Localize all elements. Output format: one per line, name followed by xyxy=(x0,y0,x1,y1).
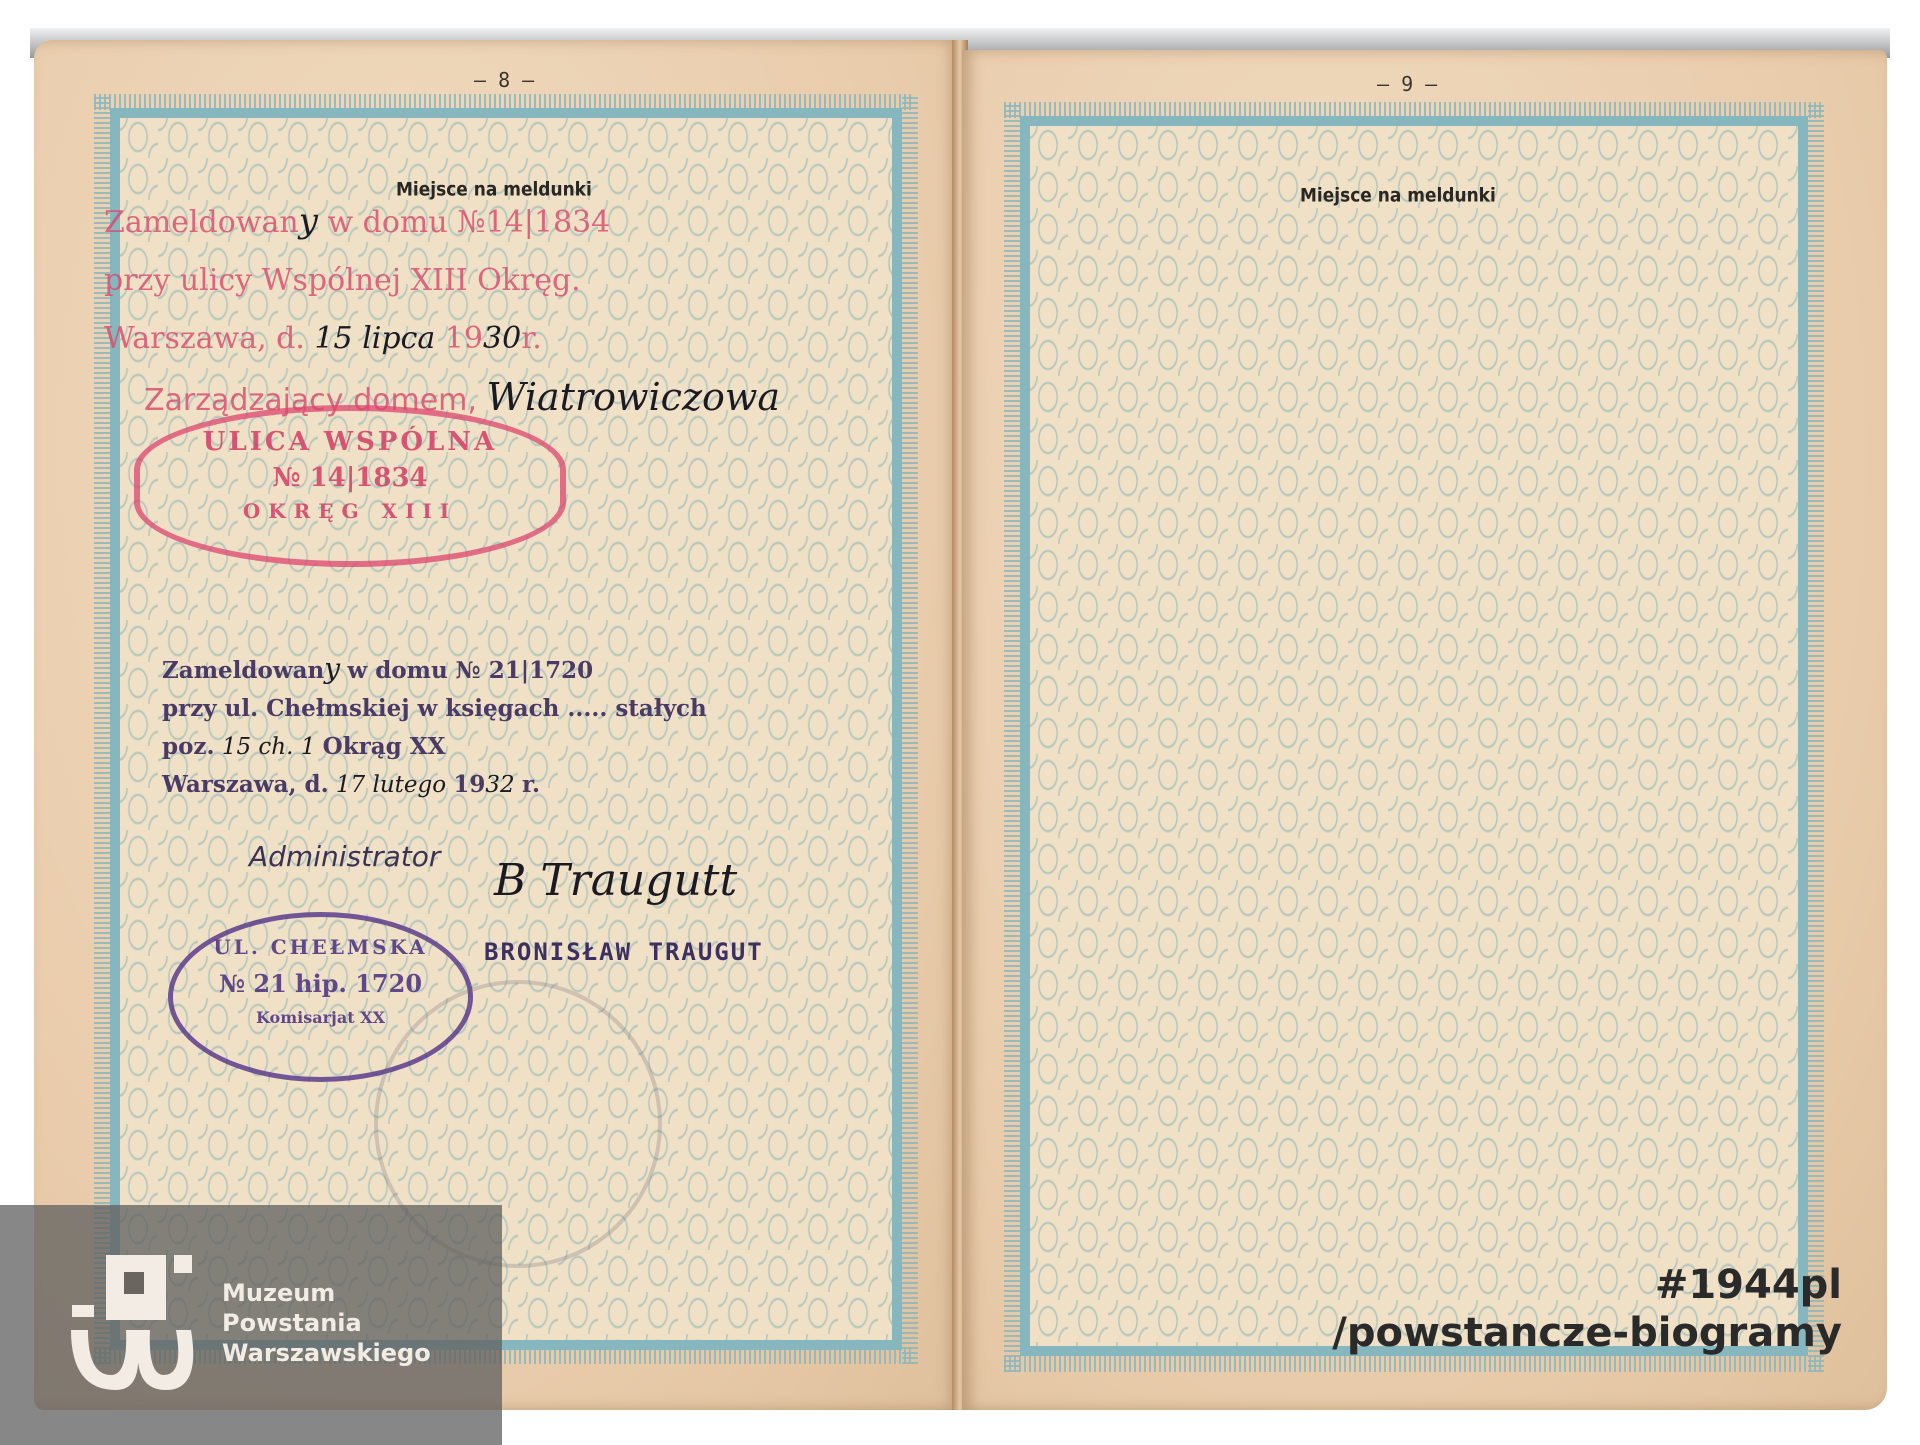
powstanie-anchor-logo-icon xyxy=(66,1250,206,1395)
street-stamp-red: ULICA WSPÓLNA № 14|1834 OKRĘG XIII xyxy=(134,405,566,567)
section-heading: Miejsce na meldunki xyxy=(1300,185,1496,207)
registration-entry-2: Zameldowany w domu № 21|1720 przy ul. Ch… xyxy=(162,650,707,804)
page-number: — 9 — xyxy=(1377,72,1437,96)
border-hatch xyxy=(1004,102,1020,1372)
role-label: Administrator xyxy=(249,840,440,873)
page-frame xyxy=(1020,116,1808,1356)
border-hatch xyxy=(1004,1356,1822,1372)
right-page: — 9 — Miejsce na meldunki xyxy=(962,50,1887,1410)
border-hatch xyxy=(1808,102,1824,1372)
hashtag: #1944pl xyxy=(1655,1262,1842,1308)
museum-name: Muzeum Powstania Warszawskiego xyxy=(222,1278,431,1368)
signature: B Traugutt xyxy=(494,855,737,906)
registration-entry-1: Zameldowany w domu №14|1834 przy ulicy W… xyxy=(104,192,780,430)
biography-link: /powstancze-biogramy xyxy=(1332,1310,1842,1356)
border-hatch xyxy=(902,94,918,1364)
signature: Wiatrowiczowa xyxy=(486,375,780,419)
name-stamp: BRONISŁAW TRAUGUT xyxy=(484,938,764,966)
page-number: — 8 — xyxy=(474,68,534,92)
